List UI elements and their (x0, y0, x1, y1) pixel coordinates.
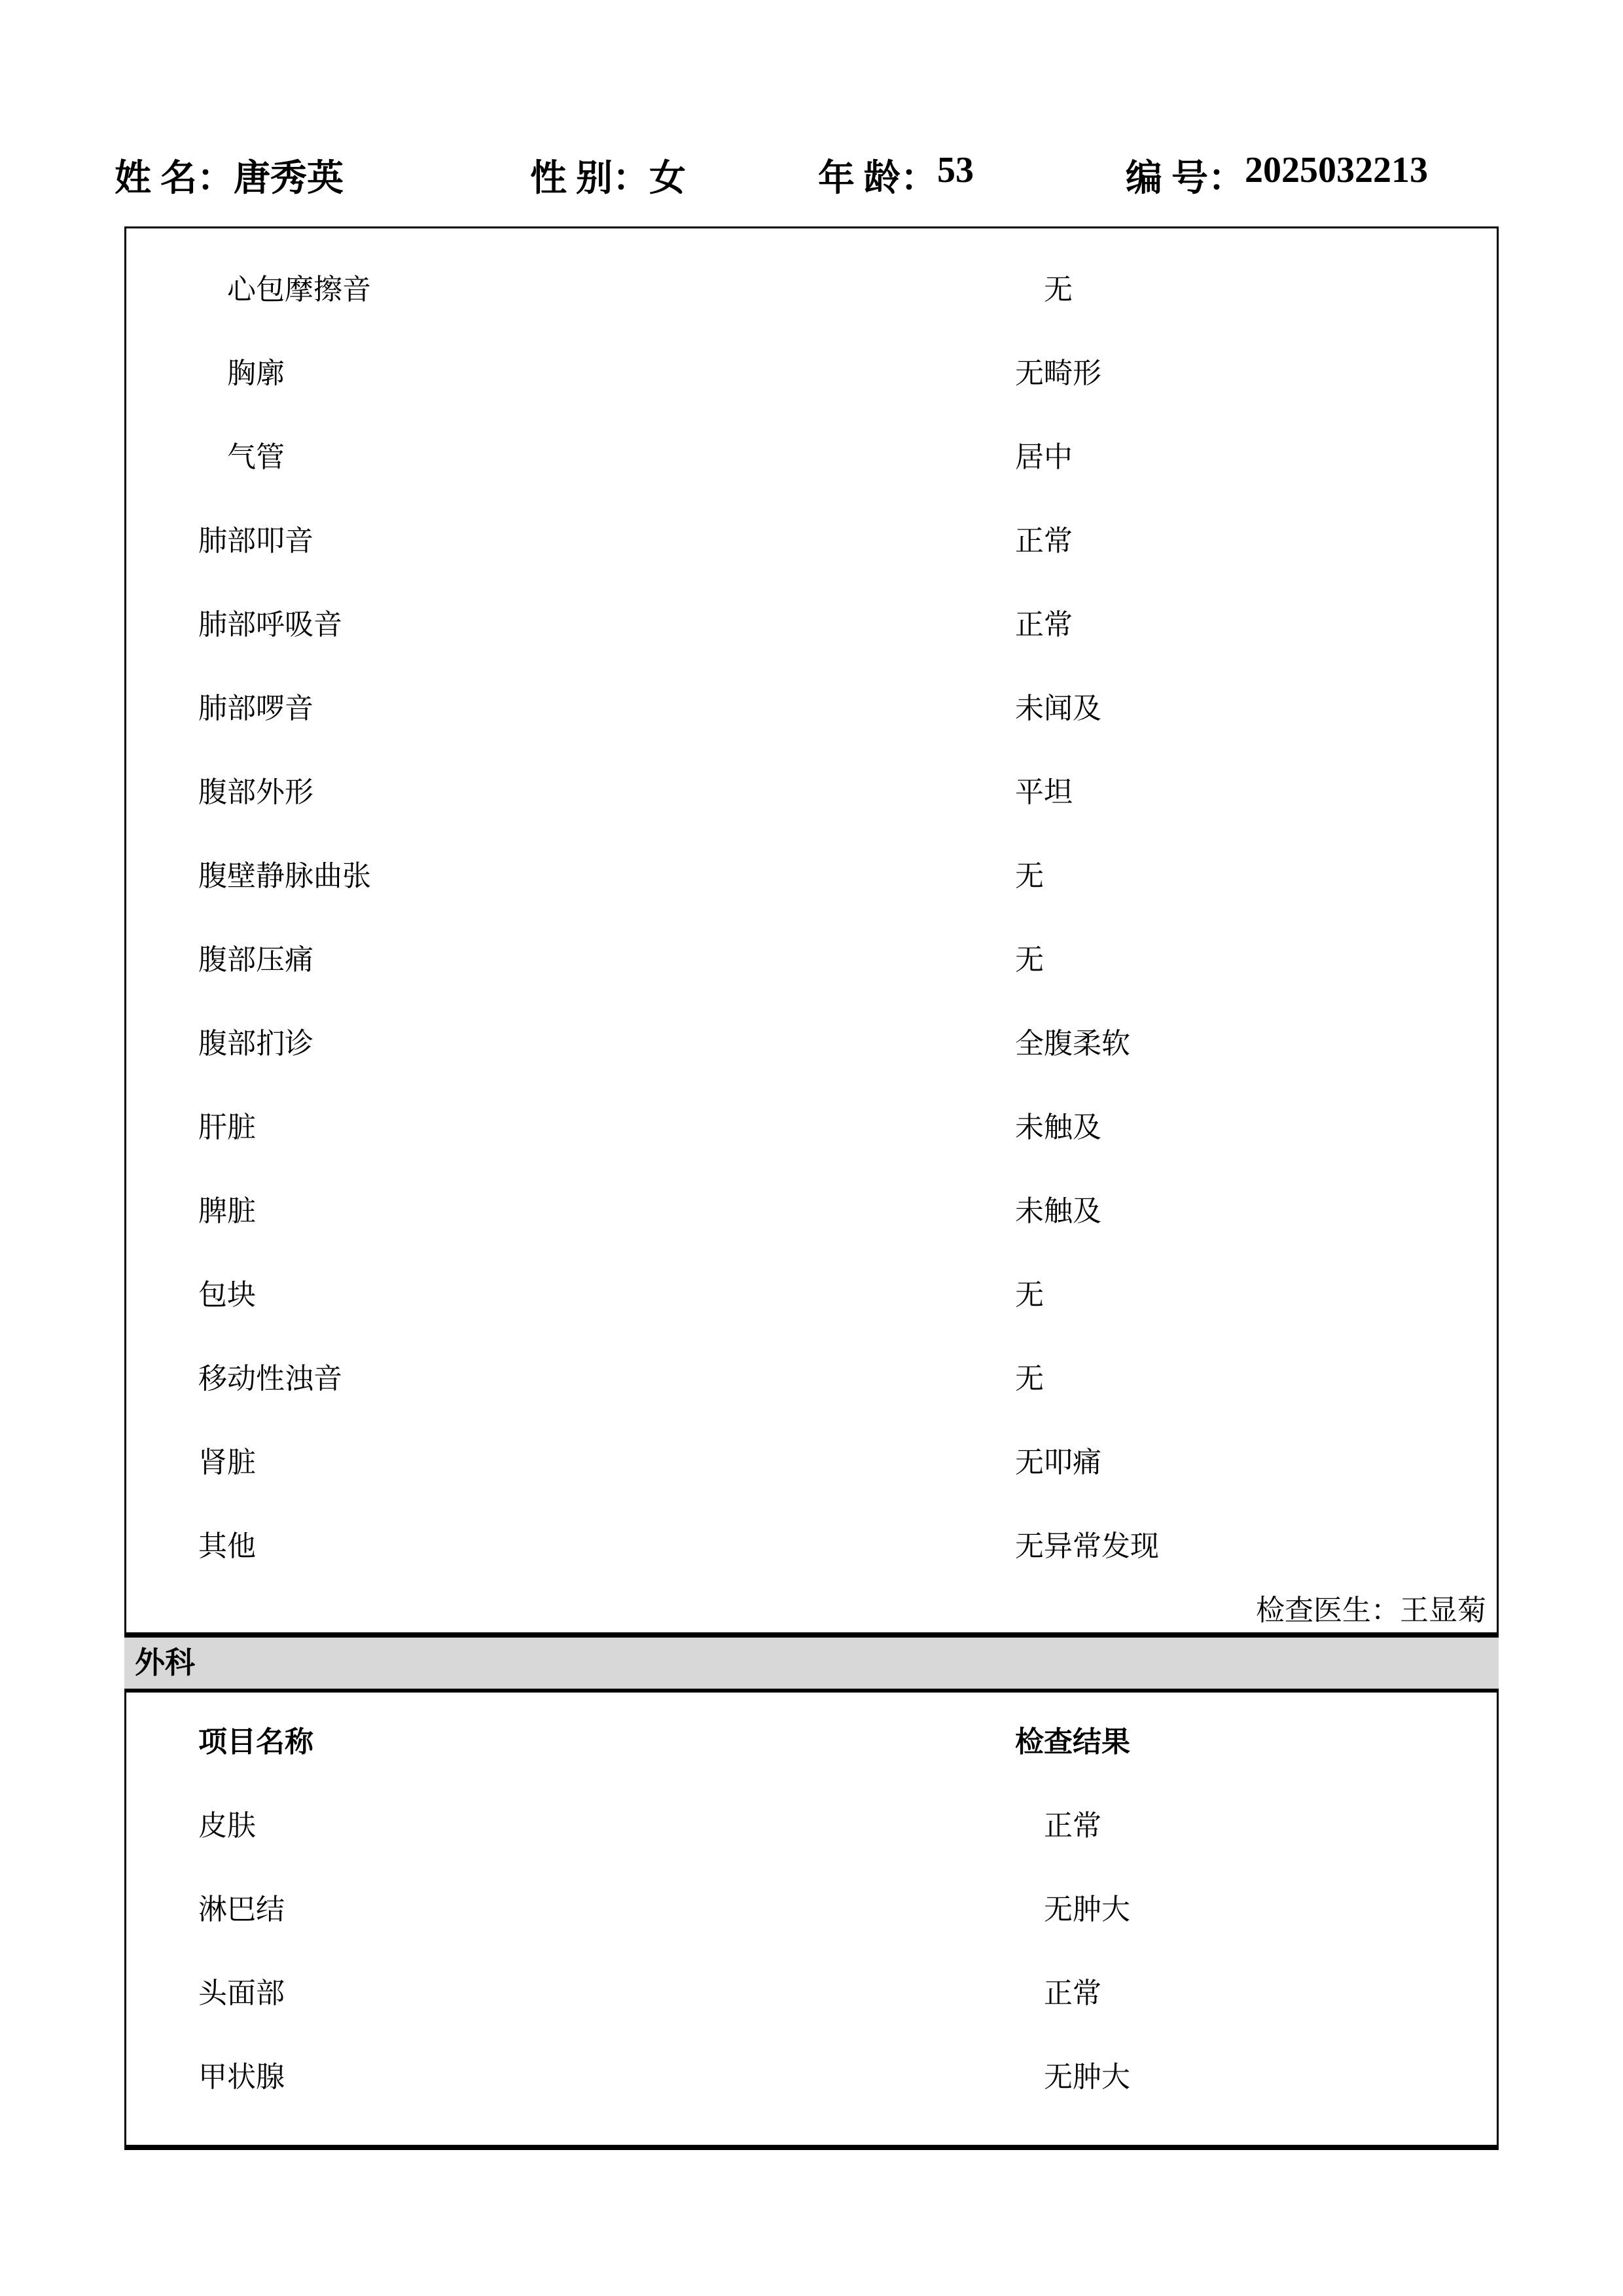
table-row: 腹壁静脉曲张 无 (126, 834, 1497, 918)
section-header-surgery: 外科 (124, 1632, 1499, 1693)
exam-result-value: 无 (1015, 862, 1044, 891)
exam-result-value: 无异常发现 (1015, 1532, 1159, 1561)
exam-item-label: 腹部外形 (198, 778, 313, 807)
exam-item-label: 腹部扪诊 (198, 1030, 313, 1058)
exam-result-value: 未闻及 (1015, 694, 1101, 723)
exam-item-label: 肝脏 (198, 1113, 256, 1142)
exam-item-label: 其他 (198, 1532, 256, 1561)
patient-gender-group: 性 别：女 (530, 149, 686, 202)
table-row: 心包摩擦音 无 (126, 248, 1497, 332)
patient-age-group: 年 龄：53 (818, 149, 974, 202)
exam-result-value: 无畸形 (1015, 359, 1101, 388)
exam-result-value: 无 (1015, 1365, 1044, 1393)
table-row: 甲状腺 无肿大 (126, 2036, 1497, 2119)
table-row: 头面部 正常 (126, 1952, 1497, 2036)
patient-gender-value: 女 (649, 149, 686, 202)
exam-item-label: 肺部叩音 (198, 527, 313, 556)
table-row: 肺部呼吸音 正常 (126, 583, 1497, 667)
exam-item-label: 甲状腺 (198, 2063, 285, 2092)
exam-item-label: 腹壁静脉曲张 (198, 862, 371, 891)
table-row: 肝脏 未触及 (126, 1086, 1497, 1170)
exam-result-value: 平坦 (1015, 778, 1073, 807)
exam-item-label: 肺部呼吸音 (198, 611, 342, 639)
patient-id-label: 编 号： (1126, 149, 1245, 202)
patient-name-group: 姓 名：唐秀英 (115, 149, 344, 202)
exam-item-label: 移动性浊音 (198, 1365, 342, 1393)
table-row: 其他 无异常发现 (126, 1505, 1497, 1588)
table-header-row: 项目名称 检查结果 (126, 1700, 1497, 1784)
exam-result-value: 无肿大 (1015, 2063, 1130, 2092)
exam-result-value: 居中 (1015, 443, 1073, 472)
exam-result-value: 无 (1015, 946, 1044, 975)
patient-gender-label: 性 别： (530, 149, 649, 202)
table-row: 移动性浊音 无 (126, 1337, 1497, 1421)
patient-age-value: 53 (937, 149, 974, 202)
exam-result-value: 正常 (1015, 1812, 1101, 1840)
table-row: 腹部扪诊 全腹柔软 (126, 1002, 1497, 1086)
exam-item-label: 肾脏 (198, 1448, 256, 1477)
table-row: 脾脏 未触及 (126, 1170, 1497, 1253)
surgery-exam-table: 项目名称 检查结果 皮肤 正常 淋巴结 无肿大 头面部 正常 甲状腺 无肿大 (124, 1693, 1499, 2150)
patient-age-label: 年 龄： (818, 149, 937, 202)
internal-exam-table: 心包摩擦音 无 胸廓 无畸形 气管 居中 肺部叩音 正常 肺部呼吸音 正常 (124, 226, 1499, 1632)
exam-item-label: 胸廓 (198, 359, 285, 388)
exam-result-value: 无 (1015, 276, 1073, 304)
examining-doctor-line: 检查医生：王显菊 (1256, 1596, 1486, 1625)
exam-result-value: 正常 (1015, 527, 1073, 556)
exam-result-value: 正常 (1015, 611, 1073, 639)
exam-result-value: 全腹柔软 (1015, 1030, 1130, 1058)
exam-result-value: 无肿大 (1015, 1895, 1130, 1924)
surgery-exam-rows: 项目名称 检查结果 皮肤 正常 淋巴结 无肿大 头面部 正常 甲状腺 无肿大 (126, 1700, 1497, 2119)
exam-item-label: 脾脏 (198, 1197, 256, 1226)
exam-item-label: 头面部 (198, 1979, 285, 2008)
exam-result-value: 正常 (1015, 1979, 1101, 2008)
table-row: 气管 居中 (126, 416, 1497, 499)
exam-item-label: 肺部啰音 (198, 694, 313, 723)
table-row: 皮肤 正常 (126, 1784, 1497, 1868)
table-row: 胸廓 无畸形 (126, 332, 1497, 416)
table-row: 腹部外形 平坦 (126, 751, 1497, 834)
column-header-item: 项目名称 (198, 1728, 313, 1757)
patient-id-group: 编 号：2025032213 (1126, 149, 1428, 202)
patient-name-label: 姓 名： (115, 149, 234, 202)
table-row: 淋巴结 无肿大 (126, 1868, 1497, 1952)
column-header-result: 检查结果 (1015, 1728, 1130, 1757)
patient-id-value: 2025032213 (1245, 149, 1428, 202)
exam-item-label: 腹部压痛 (198, 946, 313, 975)
exam-item-label: 气管 (198, 443, 285, 472)
exam-result-value: 未触及 (1015, 1113, 1101, 1142)
table-row: 肺部叩音 正常 (126, 499, 1497, 583)
table-row: 肺部啰音 未闻及 (126, 667, 1497, 751)
exam-result-value: 无叩痛 (1015, 1448, 1101, 1477)
table-row: 腹部压痛 无 (126, 918, 1497, 1002)
exam-item-label: 心包摩擦音 (198, 276, 371, 304)
patient-name-value: 唐秀英 (234, 149, 344, 202)
internal-exam-rows: 心包摩擦音 无 胸廓 无畸形 气管 居中 肺部叩音 正常 肺部呼吸音 正常 (126, 248, 1497, 1588)
exam-result-value: 未触及 (1015, 1197, 1101, 1226)
table-row: 包块 无 (126, 1253, 1497, 1337)
exam-item-label: 皮肤 (198, 1812, 256, 1840)
patient-header: 姓 名：唐秀英 性 别：女 年 龄：53 编 号：2025032213 (0, 149, 1623, 196)
exam-item-label: 包块 (198, 1281, 256, 1310)
exam-result-value: 无 (1015, 1281, 1044, 1310)
exam-item-label: 淋巴结 (198, 1895, 285, 1924)
report-page: { "patient": { "name_label": "姓 名：", "na… (0, 0, 1623, 2296)
section-title: 外科 (124, 1648, 195, 1678)
table-row: 肾脏 无叩痛 (126, 1421, 1497, 1505)
